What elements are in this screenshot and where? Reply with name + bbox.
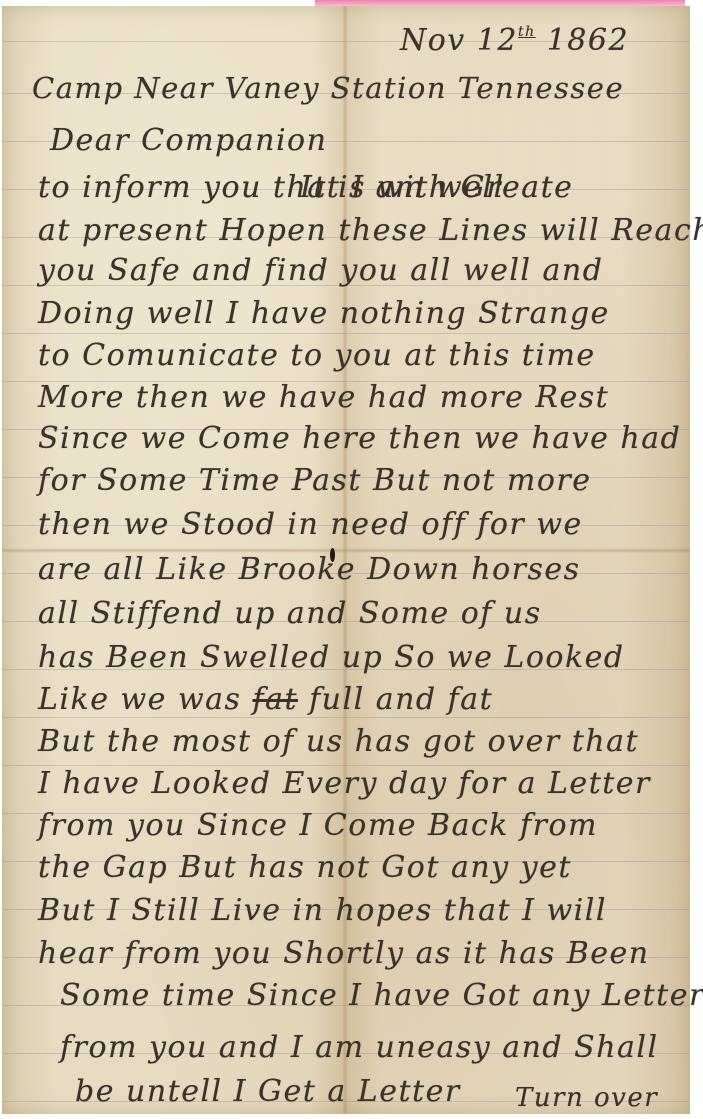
body-line: Since we Come here then we have had bbox=[38, 421, 681, 457]
body-line: at present Hopen these Lines will Reach bbox=[38, 213, 703, 249]
body-line: are all Like Brooke Down horses bbox=[38, 552, 581, 588]
body-line: But I Still Live in hopes that I will bbox=[38, 893, 607, 929]
body-line: has Been Swelled up So we Looked bbox=[38, 640, 625, 676]
letter-salutation: Dear Companion bbox=[50, 123, 327, 159]
body-line: More then we have had more Rest bbox=[38, 380, 609, 416]
body-line: be untell I Get a Letter bbox=[75, 1074, 461, 1110]
body-line: for Some Time Past But not more bbox=[38, 463, 591, 499]
body-line: all Stiffend up and Some of us bbox=[38, 596, 542, 632]
body-line-end: full and fat bbox=[309, 682, 493, 717]
letter-text: Nov 12th 1862 Camp Near Vaney Station Te… bbox=[0, 0, 703, 1119]
body-line: the Gap But has not Got any yet bbox=[38, 850, 572, 886]
body-line: Some time Since I have Got any Letter bbox=[60, 978, 703, 1014]
turn-over-note: Turn over bbox=[515, 1080, 658, 1116]
body-line: from you and I am uneasy and Shall bbox=[60, 1030, 659, 1066]
letter-date: Nov 12th 1862 bbox=[400, 14, 629, 59]
body-line: from you Since I Come Back from bbox=[38, 808, 598, 844]
letter-heading: Camp Near Vaney Station Tennessee bbox=[32, 70, 624, 106]
date-month-day: Nov 12 bbox=[400, 23, 518, 58]
date-ordinal: th bbox=[518, 24, 536, 40]
struck-out-word: fat bbox=[252, 682, 298, 717]
body-line: Doing well I have nothing Strange bbox=[38, 296, 610, 332]
body-line: Like we was fat full and fat bbox=[38, 682, 493, 718]
body-line: hear from you Shortly as it has Been bbox=[38, 936, 650, 972]
body-line: to inform you that I am well bbox=[38, 170, 505, 206]
body-line: I have Looked Every day for a Letter bbox=[38, 766, 651, 802]
body-line-start: Like we was bbox=[38, 682, 241, 717]
date-year: 1862 bbox=[547, 23, 629, 58]
body-line: you Safe and find you all well and bbox=[38, 253, 603, 289]
body-line: then we Stood in need off for we bbox=[38, 507, 583, 543]
body-line: But the most of us has got over that bbox=[38, 724, 639, 760]
body-line: to Comunicate to you at this time bbox=[38, 338, 596, 374]
